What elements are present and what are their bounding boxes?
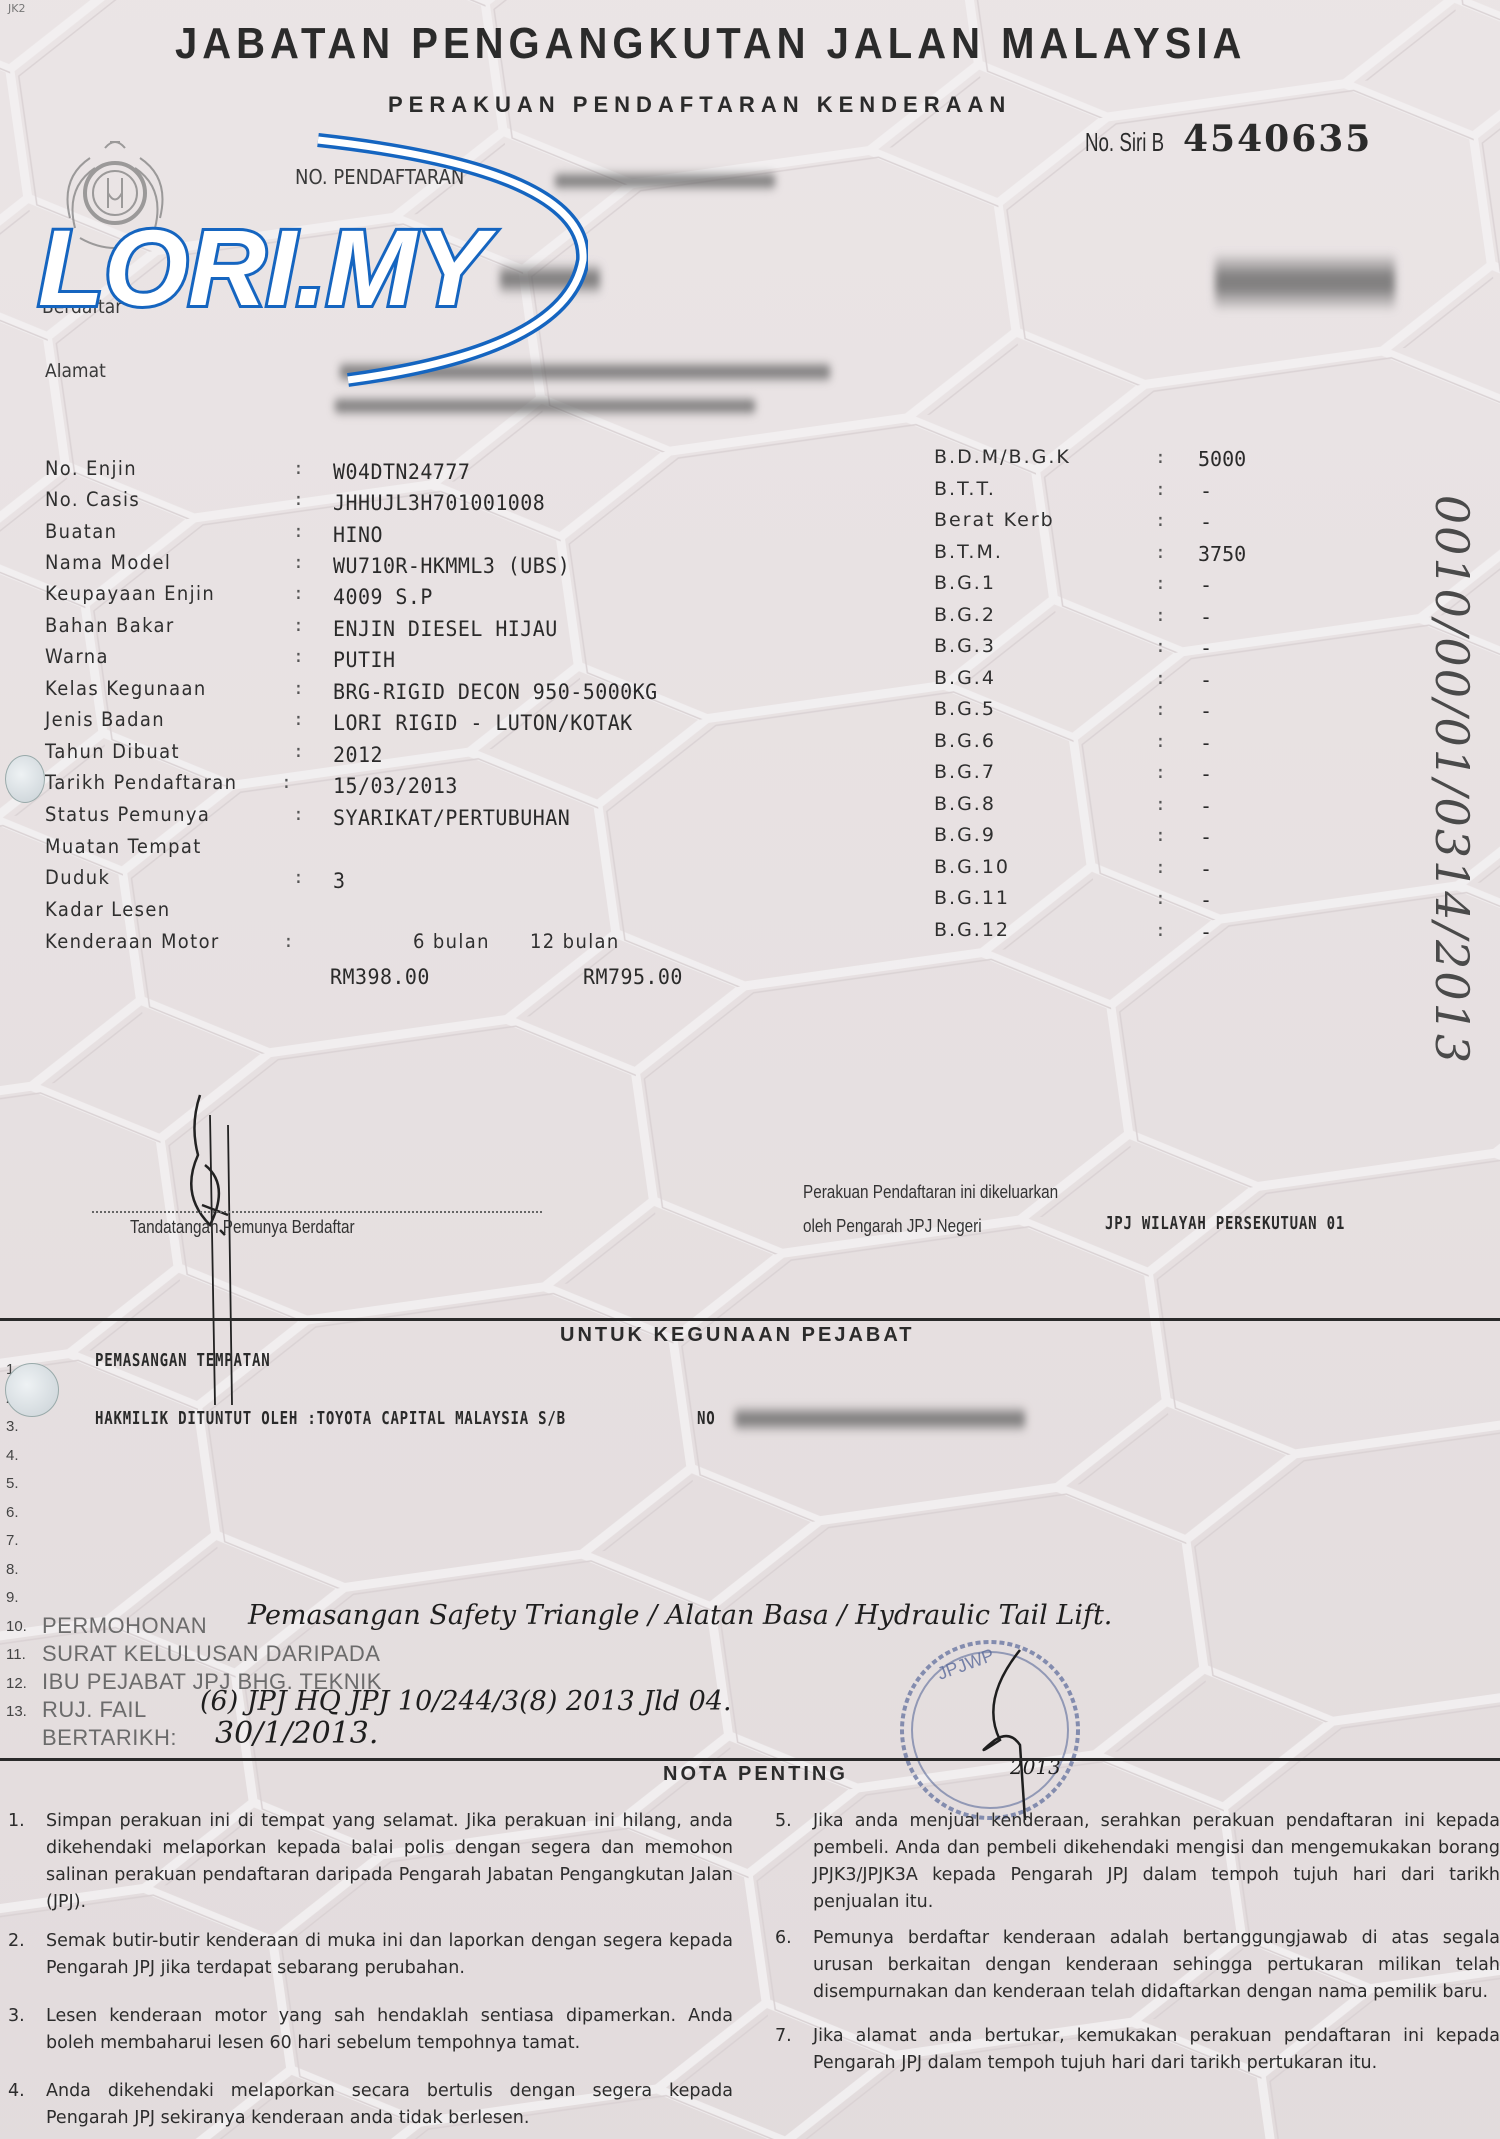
office-line-number: 5. [6,1475,19,1492]
field-label: Jenis Badan [45,708,165,731]
field-separator: : [293,646,304,667]
field-label: Tarikh Pendaftaran [45,771,237,794]
field-separator: : [293,583,304,604]
field-separator: : [293,709,304,730]
field-label: Buatan [45,520,117,543]
issuing-office: JPJ WILAYAH PERSEKUTUAN 01 [1105,1213,1345,1234]
field-separator: : [293,804,304,825]
weight-separator: : [1155,447,1166,468]
weight-label: B.G.3 [934,635,996,657]
weight-value: - [1200,857,1212,881]
twelve-month-label: 12 bulan [530,930,620,953]
note-text: Simpan perakuan ini di tempat yang selam… [46,1808,733,1916]
stamp-date-label: BERTARIKH: [42,1725,177,1751]
field-value: WU710R-HKMML3 (UBS) [333,554,570,578]
weight-separator: : [1155,605,1166,626]
note-number: 1. [8,1808,25,1835]
weight-label: B.G.4 [934,667,996,689]
weight-separator: : [1155,510,1166,531]
office-line-number: 3. [6,1418,19,1435]
note-text: Anda dikehendaki melaporkan secara bertu… [46,2078,733,2132]
field-label: Tahun Dibuat [45,740,180,763]
punch-hole [5,1363,59,1417]
weight-label: B.G.9 [934,824,996,846]
note-text: Pemunya berdaftar kenderaan adalah berta… [813,1925,1500,2006]
note-number: 7. [775,2023,792,2050]
important-note-item: 3.Lesen kenderaan motor yang sah hendakl… [8,2003,733,2057]
punch-hole [5,755,45,803]
field-separator: : [293,521,304,542]
weight-label: B.G.8 [934,793,996,815]
field-value: 15/03/2013 [333,774,458,798]
agency-title: JABATAN PENGANGKUTAN JALAN MALAYSIA [175,20,1246,69]
six-month-label: 6 bulan [413,930,490,953]
office-line-number: 8. [6,1561,19,1578]
field-label: Bahan Bakar [45,614,175,637]
field-label: Keupayaan Enjin [45,582,215,605]
field-label: Duduk [45,866,110,889]
important-note-item: 7.Jika alamat anda bertukar, kemukakan p… [775,2023,1500,2077]
field-label: Status Pemunya [45,803,210,826]
weight-separator: : [1155,479,1166,500]
handwritten-date: 30/1/2013. [215,1716,378,1751]
weight-value: - [1200,699,1212,723]
stamp-application-label: PERMOHONAN [42,1613,207,1639]
field-separator: : [293,552,304,573]
signature-line [92,1211,542,1213]
weight-separator: : [1155,888,1166,909]
field-label: Nama Model [45,551,171,574]
weight-value: - [1200,762,1212,786]
important-note-item: 2.Semak butir-butir kenderaan di muka in… [8,1928,733,1982]
svg-text:JPJWP: JPJWP [935,1645,997,1684]
field-value: HINO [333,523,383,547]
weight-value: - [1200,920,1212,944]
form-code: JK2 [8,2,25,15]
issued-statement-line2: oleh Pengarah JPJ Negeri [803,1216,982,1237]
weight-label: B.G.12 [934,919,1010,941]
weight-value: 3750 [1198,542,1246,566]
weight-label: B.G.7 [934,761,996,783]
field-separator: : [293,458,304,479]
office-line-number: 11. [6,1646,26,1663]
office-line-number: 6. [6,1504,19,1521]
note-text: Jika alamat anda bertukar, kemukakan per… [813,2023,1500,2077]
field-value: BRG-RIGID DECON 950-5000KG [333,680,658,704]
field-separator: : [293,867,304,888]
field-separator: : [293,615,304,636]
official-round-stamp: JPJWP [880,1620,1100,1820]
note-number: 3. [8,2003,25,2030]
owner-signature-caption: Tandatangan Pemunya Berdaftar [130,1217,355,1238]
certificate-title: PERAKUAN PENDAFTARAN KENDERAAN [388,92,1011,118]
important-note-item: 4.Anda dikehendaki melaporkan secara ber… [8,2078,733,2132]
weight-value: - [1200,794,1212,818]
weight-label: Berat Kerb [934,509,1055,531]
weight-value: - [1200,888,1212,912]
office-line-number: 13. [6,1703,27,1720]
weight-separator: : [1155,573,1166,594]
weight-value: - [1200,825,1212,849]
stamp-approval-letter-label: SURAT KELULUSAN DARIPADA [42,1641,380,1667]
office-line-number: 9. [6,1589,19,1606]
field-label: Muatan Tempat [45,835,202,858]
weight-label: B.G.5 [934,698,996,720]
weight-separator: : [1155,636,1166,657]
field-value: W04DTN24777 [333,460,470,484]
local-installation-label: PEMASANGAN TEMPATAN [95,1350,270,1371]
weight-value: - [1200,510,1212,534]
field-label: Kelas Kegunaan [45,677,207,700]
weight-label: B.G.10 [934,856,1010,878]
weight-value: 5000 [1198,447,1246,471]
weight-separator: : [1155,825,1166,846]
weight-separator: : [1155,731,1166,752]
twelve-month-fee: RM795.00 [583,965,683,989]
field-label: Warna [45,645,109,668]
field-separator: : [293,741,304,762]
weight-separator: : [1155,762,1166,783]
serial-number: 4540635 [1183,118,1372,160]
field-value: PUTIH [333,648,395,672]
field-separator: : [293,678,304,699]
field-separator: : [283,931,294,952]
redacted-ownership-number [735,1405,1025,1433]
note-number: 2. [8,1928,25,1955]
weight-label: B.D.M/B.G.K [934,446,1071,468]
field-value: JHHUJL3H701001008 [333,491,545,515]
note-text: Jika anda menjual kenderaan, serahkan pe… [813,1808,1500,1916]
weight-label: B.G.11 [934,887,1010,909]
note-number: 6. [775,1925,792,1952]
weight-value: - [1200,668,1212,692]
office-line-number: 4. [6,1447,19,1464]
section-divider-office [0,1318,1500,1321]
weight-label: B.G.1 [934,572,996,594]
field-value: LORI RIGID - LUTON/KOTAK [333,711,633,735]
field-value: SYARIKAT/PERTUBUHAN [333,806,570,830]
note-number: 5. [775,1808,792,1835]
weight-separator: : [1155,794,1166,815]
field-value: ENJIN DIESEL HIJAU [333,617,558,641]
field-label: Kenderaan Motor [45,930,220,953]
six-month-fee: RM398.00 [330,965,430,989]
weight-value: - [1200,731,1212,755]
redacted-registration-number [555,170,775,192]
field-value: 2012 [333,743,383,767]
important-note-item: 5.Jika anda menjual kenderaan, serahkan … [775,1808,1500,1916]
field-separator: : [293,489,304,510]
important-note-item: 6.Pemunya berdaftar kenderaan adalah ber… [775,1925,1500,2006]
important-notes-title: NOTA PENTING [663,1763,848,1786]
field-value: 3 [333,869,345,893]
handwritten-vertical-reference: 0010/00/01/0314/2013 [1422,440,1482,1120]
svg-text:LORI.MY: LORI.MY [38,207,497,328]
handwritten-file-reference: (6) JPJ HQ JPJ 10/244/3(8) 2013 Jld 04. [200,1686,732,1717]
weight-separator: : [1155,699,1166,720]
issued-statement-line1: Perakuan Pendaftaran ini dikeluarkan [803,1182,1058,1203]
office-use-title: UNTUK KEGUNAAN PEJABAT [560,1324,915,1347]
note-number: 4. [8,2078,25,2105]
weight-value: - [1200,605,1212,629]
field-label: Kadar Lesen [45,898,171,921]
weight-value: - [1200,636,1212,660]
section-divider-notes [0,1758,1500,1761]
important-note-item: 1.Simpan perakuan ini di tempat yang sel… [8,1808,733,1916]
ownership-number-label: NO [697,1408,715,1429]
field-label: No. Casis [45,488,140,511]
stamp-file-ref-label: RUJ. FAIL [42,1697,147,1723]
weight-label: B.G.2 [934,604,996,626]
note-text: Semak butir-butir kenderaan di muka ini … [46,1928,733,1982]
office-line-number: 10. [6,1618,27,1635]
weight-separator: : [1155,920,1166,941]
office-line-number: 12. [6,1675,27,1692]
redacted-address-line2 [335,395,755,417]
serial-label: No. Siri B [1085,127,1164,158]
redacted-owner-id [1215,252,1395,312]
field-label: No. Enjin [45,457,137,480]
weight-label: B.G.6 [934,730,996,752]
weight-separator: : [1155,668,1166,689]
weight-label: B.T.M. [934,541,1003,563]
weight-label: B.T.T. [934,478,996,500]
lori-my-watermark-logo: LORI.MY [28,130,588,390]
note-text: Lesen kenderaan motor yang sah hendaklah… [46,2003,733,2057]
weight-value: - [1200,479,1212,503]
office-line-number: 7. [6,1532,19,1549]
field-separator: : [281,772,292,793]
weight-value: - [1200,573,1212,597]
weight-separator: : [1155,542,1166,563]
ownership-claim: HAKMILIK DITUNTUT OLEH :TOYOTA CAPITAL M… [95,1408,566,1429]
weight-separator: : [1155,857,1166,878]
field-value: 4009 S.P [333,585,433,609]
